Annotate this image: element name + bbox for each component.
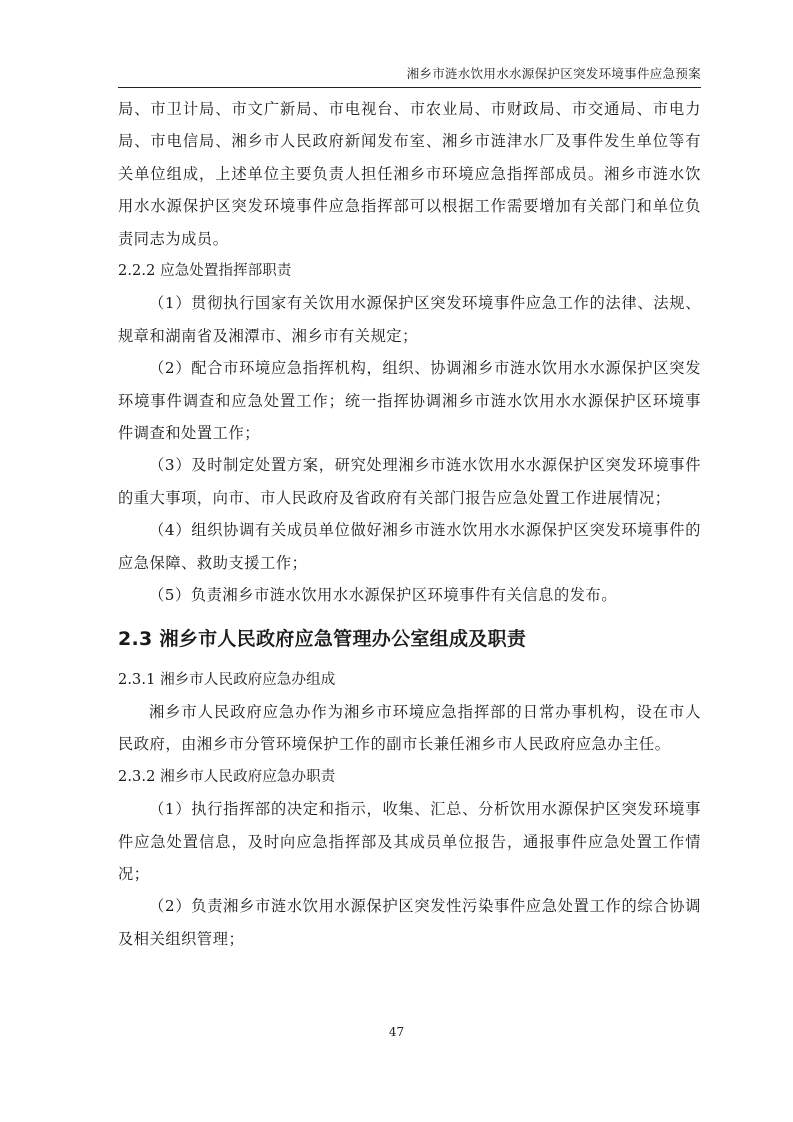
list-item: （5）负责湘乡市涟水饮用水水源保护区环境事件有关信息的发布。 [118,579,701,611]
section-heading-2-2-2: 2.2.2 应急处置指挥部职责 [118,255,701,287]
section-heading-2-3-2: 2.3.2 湘乡市人民政府应急办职责 [118,761,701,793]
page-content: 局、市卫计局、市文广新局、市电视台、市农业局、市财政局、市交通局、市电力局、市电… [118,93,701,955]
page-number: 47 [0,1025,793,1039]
section-heading-2-3: 2.3 湘乡市人民政府应急管理办公室组成及职责 [118,626,701,652]
intro-paragraph: 局、市卫计局、市文广新局、市电视台、市农业局、市财政局、市交通局、市电力局、市电… [118,93,701,255]
running-header: 湘乡市涟水饮用水水源保护区突发环境事件应急预案 [118,64,701,88]
document-title: 湘乡市涟水饮用水水源保护区突发环境事件应急预案 [407,66,701,81]
list-item: （1）贯彻执行国家有关饮用水源保护区突发环境事件应急工作的法律、法规、规章和湖南… [118,287,701,352]
section-heading-2-3-1: 2.3.1 湘乡市人民政府应急办组成 [118,664,701,696]
list-item: （2）配合市环境应急指挥机构，组织、协调湘乡市涟水饮用水水源保护区突发环境事件调… [118,352,701,449]
list-item: （1）执行指挥部的决定和指示，收集、汇总、分析饮用水源保护区突发环境事件应急处置… [118,793,701,890]
list-item: （2）负责湘乡市涟水饮用水源保护区突发性污染事件应急处置工作的综合协调及相关组织… [118,890,701,955]
list-item: （3）及时制定处置方案，研究处理湘乡市涟水饮用水水源保护区突发环境事件的重大事项… [118,449,701,514]
list-item: （4）组织协调有关成员单位做好湘乡市涟水饮用水水源保护区突发环境事件的应急保障、… [118,514,701,579]
section-2-3-1-paragraph: 湘乡市人民政府应急办作为湘乡市环境应急指挥部的日常办事机构，设在市人民政府，由湘… [118,696,701,761]
